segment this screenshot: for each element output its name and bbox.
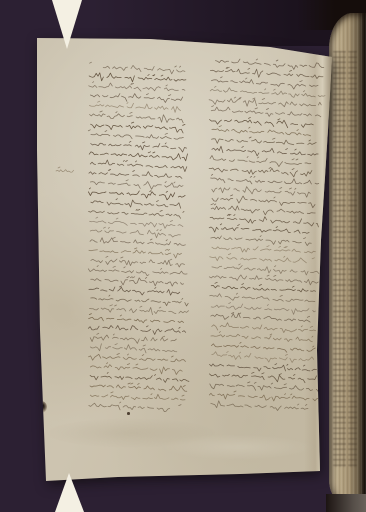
page-right-curl [304, 48, 336, 476]
manuscript-photo [0, 0, 366, 512]
parchment-hole [36, 401, 47, 413]
parchment-page [0, 0, 366, 512]
parchment-speck [127, 412, 130, 415]
parchment-veining [50, 405, 320, 475]
parchment-page-wrap [0, 0, 366, 512]
